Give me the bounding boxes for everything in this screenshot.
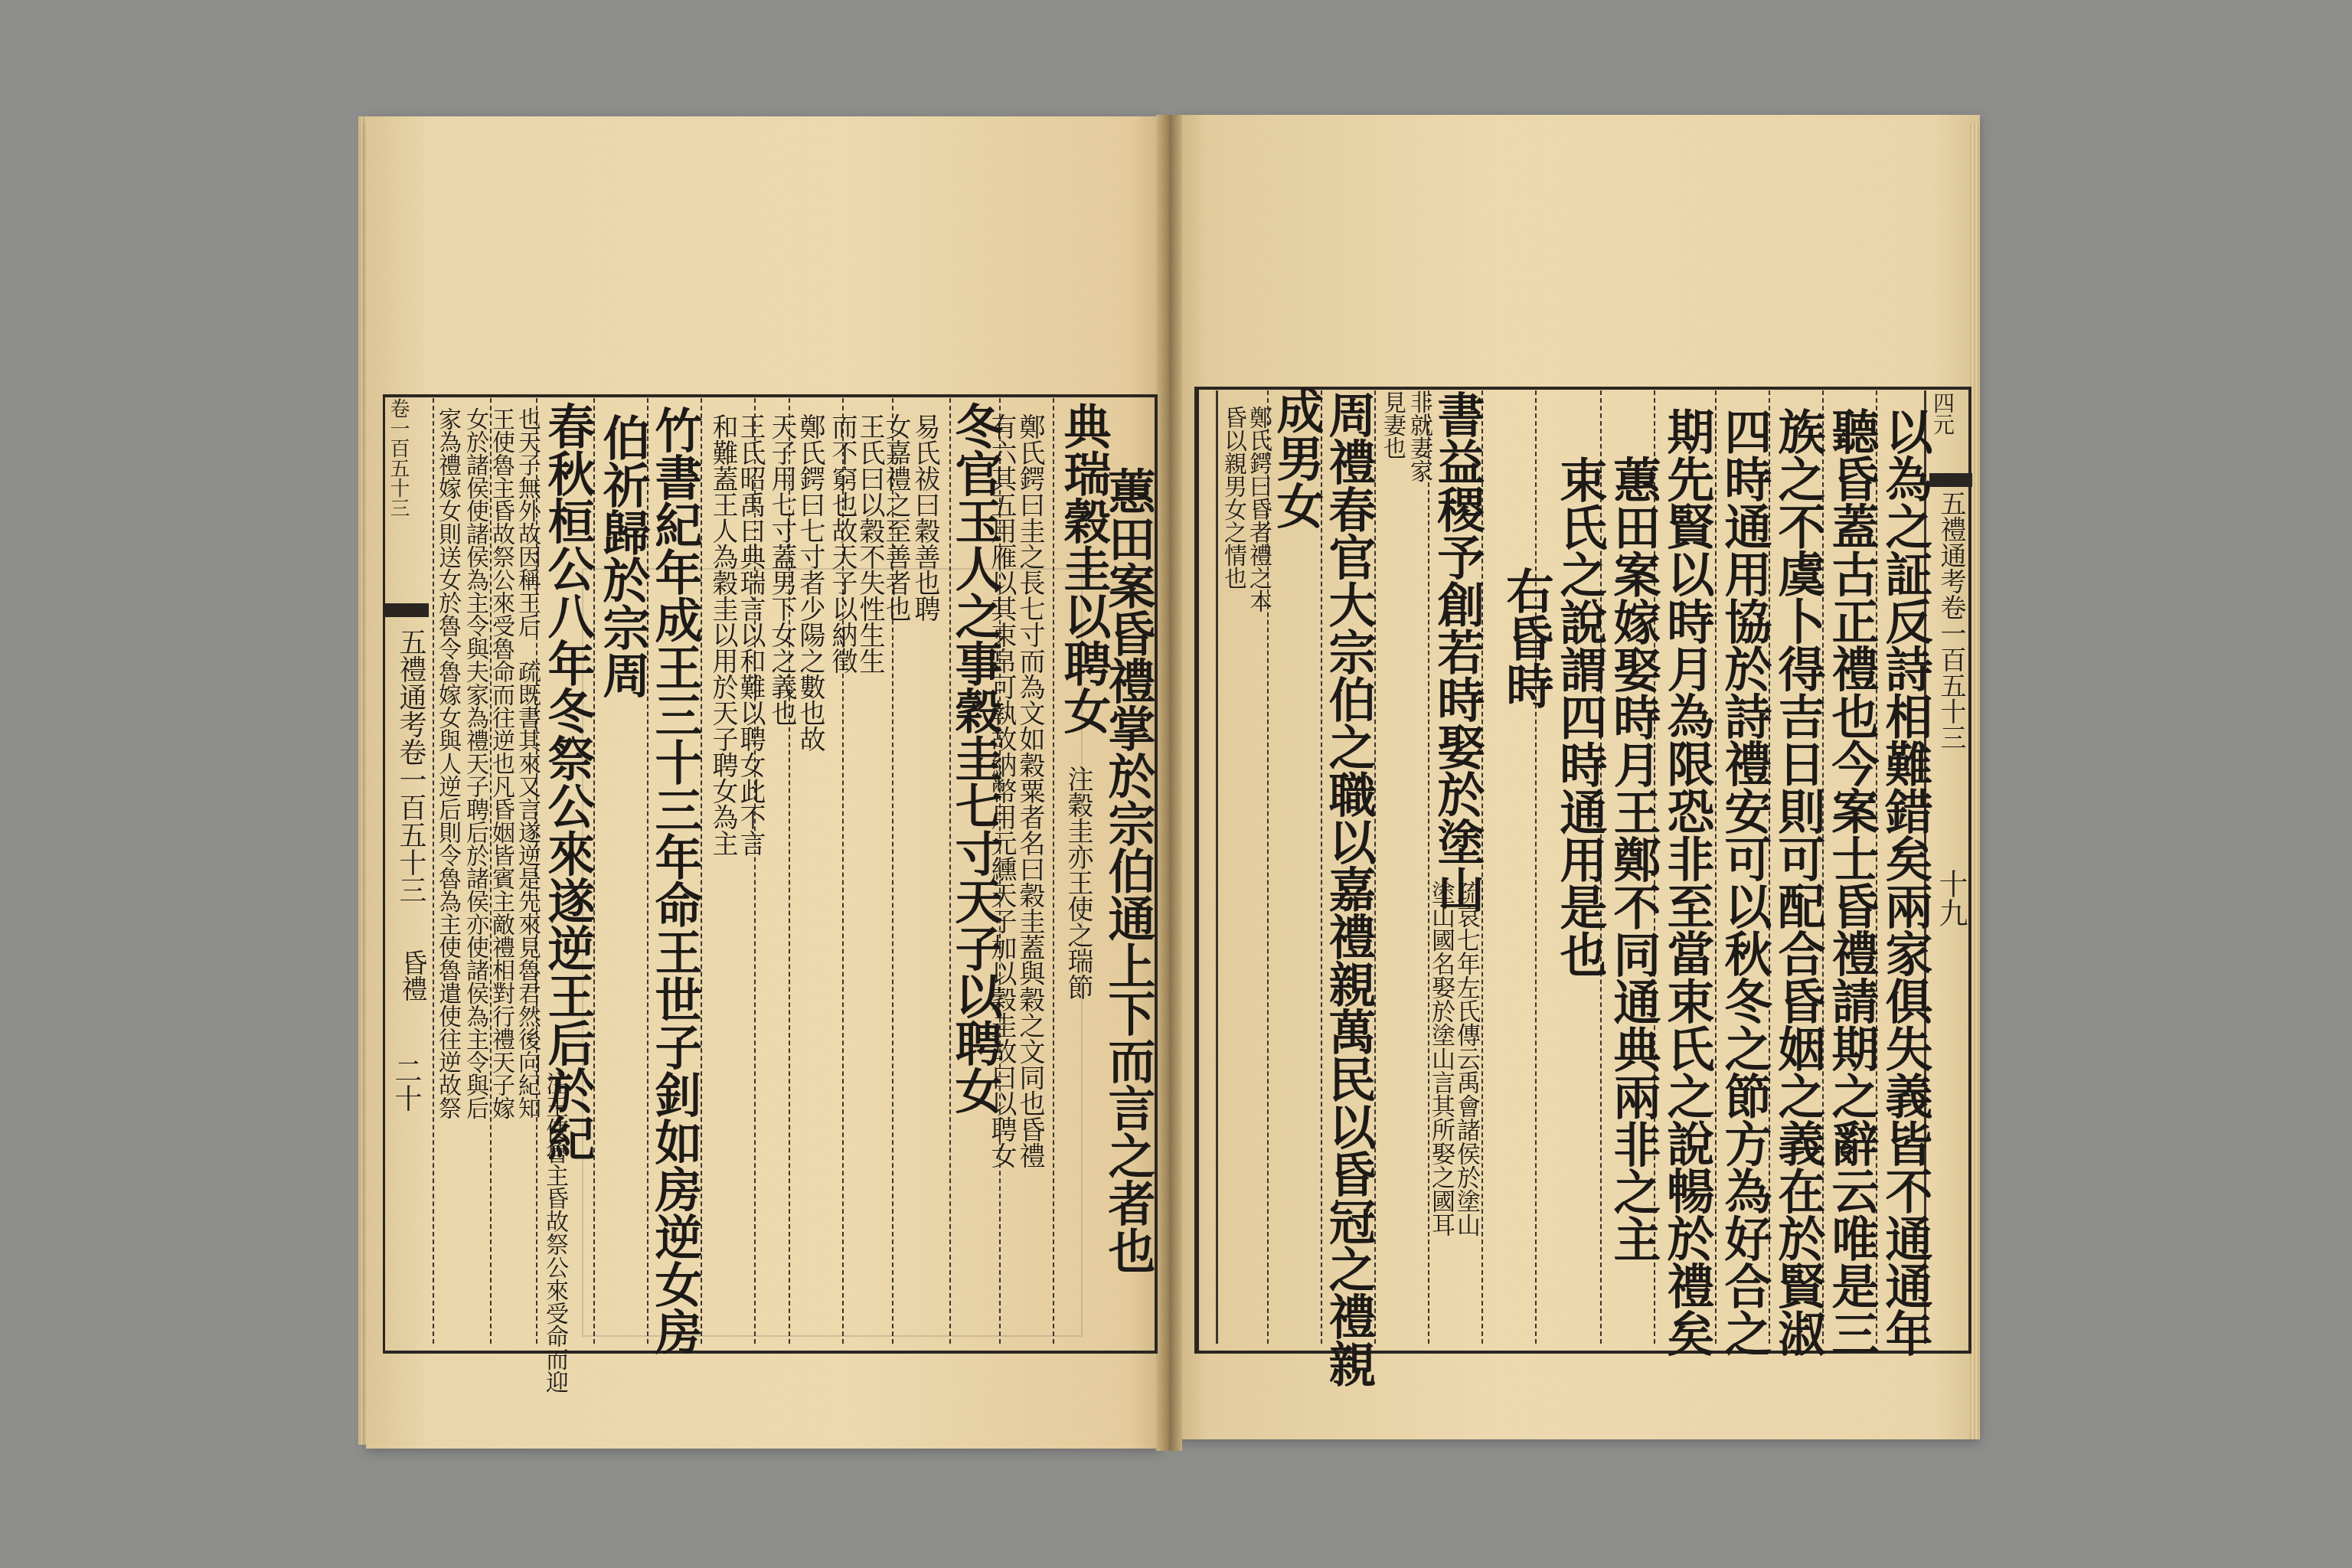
main-text-column: 春秋桓公八年冬祭公來遂逆王后於紀 [542,402,593,1161]
annotation-column: 塗山國名娶於塗山言其所娶之國耳 [1428,880,1453,1236]
annotation-column: 和難蓋王人為穀圭以用於天子聘女為主 [709,413,737,856]
main-text-column: 以為之証反詩相難錯矣兩家俱失義皆不通通年 [1880,407,1930,1357]
annotation-column: 女嘉禮之至善者也 [882,413,910,622]
annotation-column: 也天子無外故因稱王后 疏既書其來又言遂逆是先來見魯君然後向紀知 [514,407,540,1119]
main-text-column: 伯祈歸於宗周 [597,413,648,698]
main-text-column: 四時通用協於詩禮安可以秋冬之節方為好合之 [1719,407,1769,1357]
annotation-column: 鄭氏鍔曰昏者禮之本 [1244,406,1272,612]
main-text-column: 蕙田案昏禮掌於宗伯通上下而言之者也 [1102,467,1153,1274]
annotation-column: 王使魯主昏故祭公來受魯命而往逆也凡昏姻皆賓主敵禮相對行禮天子嫁 [488,407,514,1119]
book-title-margin: 五禮通考卷一百五十三 [1937,490,1964,750]
annotation-column: 易氏祓曰穀善也聘 [911,413,939,622]
column-rule [1216,390,1218,1344]
section-heading: 右昏時 [1501,567,1551,709]
annotation-column: 家為禮嫁女則送女於魯令魯嫁女與人逆后則令魯為主使魯遣使往逆故祭 [435,407,460,1119]
fishtail-mark [383,603,429,617]
annotation-column: 注王使魯主昏故祭公來受命而迎 [542,1072,567,1393]
main-text-column: 冬官玉人之事穀圭七寸天子以聘女 [949,402,1000,1114]
main-text-column: 蕙田案嫁娶時月王鄭不同通典兩非之主 [1608,456,1658,1263]
main-text-column: 書益稷予創若時娶於塗山 [1432,390,1482,913]
column-rule [1535,390,1537,1344]
column-rule [1053,398,1054,1344]
annotation-column: 注穀圭亦王使之瑞節 [1064,766,1092,1000]
annotation-column: 鄭氏鍔曰七寸者少陽之數也故 [796,413,824,752]
main-text-column: 束氏之說謂四時通用是也 [1554,456,1605,978]
main-text-column: 成男女 [1271,387,1321,529]
main-text-column: 竹書紀年成王三十三年命王世子釗如房逆女房 [649,406,700,1355]
annotation-column: 疏哀七年左氏傳云禹會諸侯於塗山 [1453,880,1478,1236]
main-text-column: 族之不虞卜得吉日則可配合昏姻之義在於賢淑 [1772,407,1823,1357]
page-number: 十九 [1937,869,1965,927]
book-gutter [1156,115,1182,1451]
annotation-column: 昏以親男女之情也 [1219,406,1246,590]
annotation-column: 天子用七寸蓋男下女之義也 [768,413,795,726]
annotation-column: 王氏曰以穀不失性生生 [856,413,884,674]
annotation-column: 非就妻家 [1405,390,1432,482]
annotation-column: 王氏昭禹曰典瑞言以和難以聘女此不言 [737,413,764,856]
open-book: 典瑞穀圭以聘女 注穀圭亦王使之瑞節 蕙田案昏禮掌於宗伯通上下而言之者也 鄭氏鍔曰… [0,0,2352,1568]
page-number: 二十 [392,1057,420,1112]
main-text-column: 聽昏蓋古正禮也今案士昏禮請期之辭云唯是三 [1826,407,1877,1357]
annotation-column: 見妻也 [1378,390,1406,459]
main-text-column: 周禮春官大宗伯之職以嘉禮親萬民以昏冠之禮親 [1323,390,1374,1387]
annotation-column: 鄭氏鍔曰圭之長七寸而為文如穀粟者名曰穀圭蓋與穀之文同也昏禮 [1016,413,1044,1168]
annotation-column: 女於諸侯使諸侯為主令與夫家為禮天子聘后於諸侯亦使諸侯為主令與后 [462,407,488,1119]
book-title-margin: 五禮通考卷一百五十三 [397,628,425,903]
main-text-column: 期先賢以時月為限恐非至當束氏之說暢於禮矣 [1661,407,1712,1357]
annotation-column: 而不窮也故天子以納徵 [828,413,856,674]
volume-top-label: 四元 [1931,392,1954,435]
section-title-margin: 昏禮 [398,949,426,1001]
volume-top-label: 卷一百五十三 [387,398,409,518]
fishtail-mark [1929,473,1972,487]
